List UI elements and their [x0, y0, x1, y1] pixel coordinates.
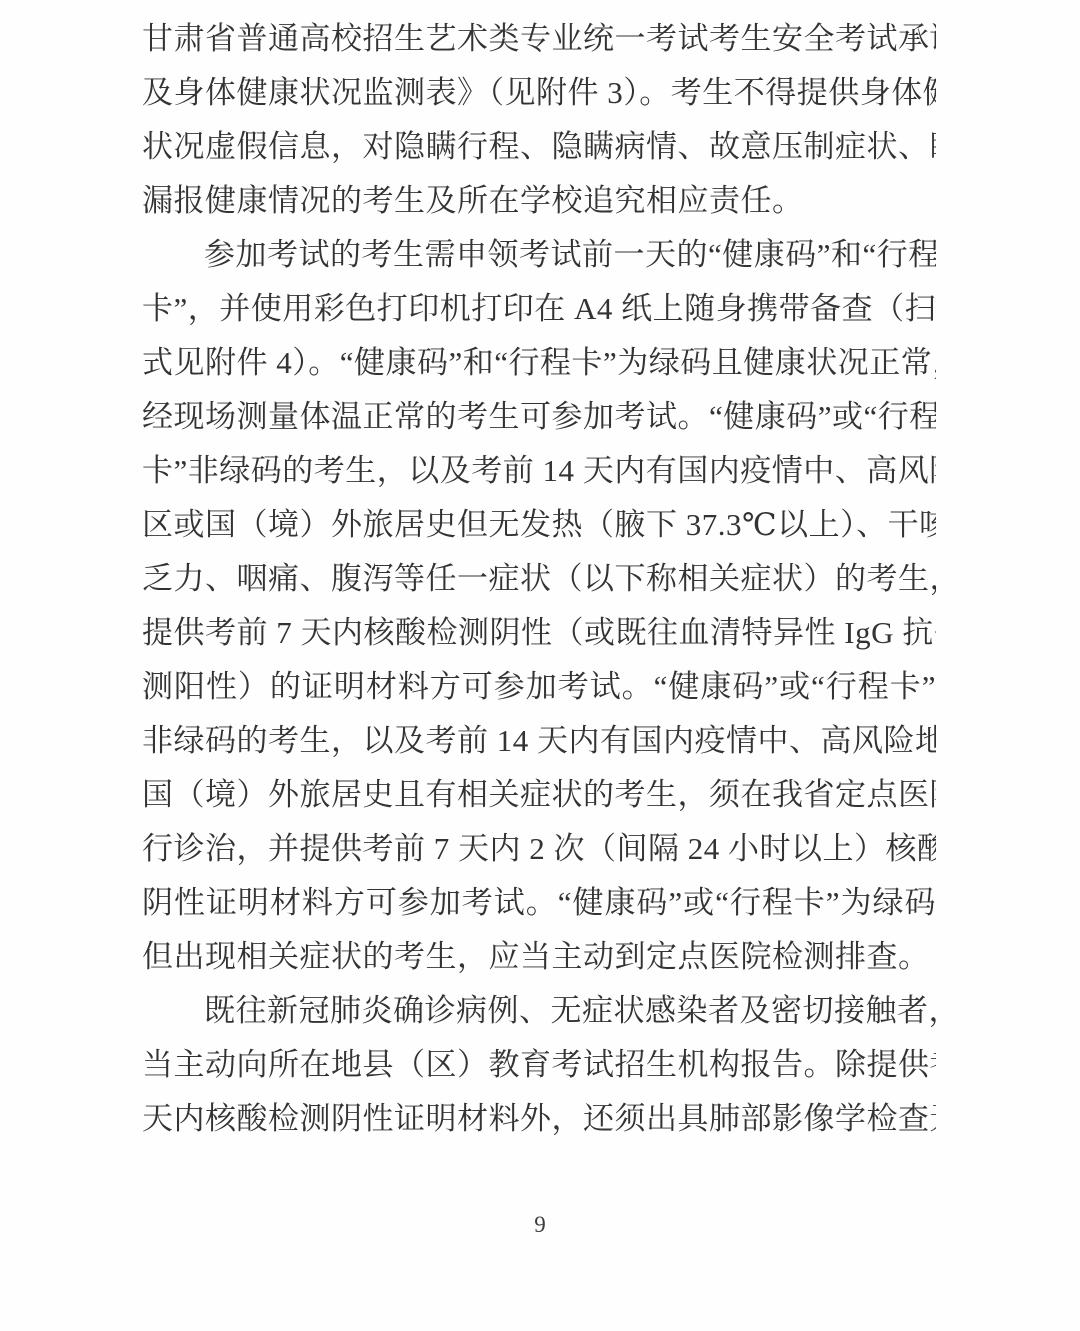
text-line: 阴性证明材料方可参加考试。“健康码”或“行程卡”为绿码 — [142, 876, 936, 930]
text-line: 参加考试的考生需申领考试前一天的“健康码”和“行程 — [142, 228, 936, 282]
text-line: 甘肃省普通高校招生艺术类专业统一考试考生安全考试承诺书 — [142, 12, 936, 66]
text-line: 乏力、咽痛、腹泻等任一症状（以下称相关症状）的考生，须 — [142, 552, 936, 606]
text-line: 测阳性）的证明材料方可参加考试。“健康码”或“行程卡” — [142, 660, 936, 714]
text-line: 卡”非绿码的考生，以及考前 14 天内有国内疫情中、高风险地 — [142, 444, 936, 498]
text-line: 行诊治，并提供考前 7 天内 2 次（间隔 24 小时以上）核酸检测 — [142, 822, 936, 876]
text-line: 天内核酸检测阴性证明材料外，还须出具肺部影像学检查无异 — [142, 1092, 936, 1146]
paragraph: 参加考试的考生需申领考试前一天的“健康码”和“行程 卡”，并使用彩色打印机打印在… — [142, 228, 936, 984]
text-line: 漏报健康情况的考生及所在学校追究相应责任。 — [142, 174, 936, 228]
text-line: 非绿码的考生，以及考前 14 天内有国内疫情中、高风险地区或 — [142, 714, 936, 768]
text-line: 区或国（境）外旅居史但无发热（腋下 37.3℃以上）、干咳、 — [142, 498, 936, 552]
paragraph: 甘肃省普通高校招生艺术类专业统一考试考生安全考试承诺书 及身体健康状况监测表》（… — [142, 12, 936, 228]
text-line: 式见附件 4）。“健康码”和“行程卡”为绿码且健康状况正常， — [142, 336, 936, 390]
text-line: 卡”，并使用彩色打印机打印在 A4 纸上随身携带备查（扫码方 — [142, 282, 936, 336]
page-number: 9 — [0, 1205, 1080, 1245]
text-line: 状况虚假信息，对隐瞒行程、隐瞒病情、故意压制症状、瞒报 — [142, 120, 936, 174]
paragraph: 既往新冠肺炎确诊病例、无症状感染者及密切接触者，应 当主动向所在地县（区）教育考… — [142, 984, 936, 1146]
text-line: 但出现相关症状的考生，应当主动到定点医院检测排查。 — [142, 930, 936, 984]
text-line: 及身体健康状况监测表》（见附件 3）。考生不得提供身体健康 — [142, 66, 936, 120]
text-block: 甘肃省普通高校招生艺术类专业统一考试考生安全考试承诺书 及身体健康状况监测表》（… — [142, 12, 936, 1146]
text-line: 当主动向所在地县（区）教育考试招生机构报告。除提供考前 7 — [142, 1038, 936, 1092]
text-line: 既往新冠肺炎确诊病例、无症状感染者及密切接触者，应 — [142, 984, 936, 1038]
text-line: 经现场测量体温正常的考生可参加考试。“健康码”或“行程 — [142, 390, 936, 444]
text-line: 国（境）外旅居史且有相关症状的考生，须在我省定点医院进 — [142, 768, 936, 822]
document-page: 甘肃省普通高校招生艺术类专业统一考试考生安全考试承诺书 及身体健康状况监测表》（… — [0, 0, 1080, 1331]
text-line: 提供考前 7 天内核酸检测阴性（或既往血清特异性 IgG 抗体检 — [142, 606, 936, 660]
